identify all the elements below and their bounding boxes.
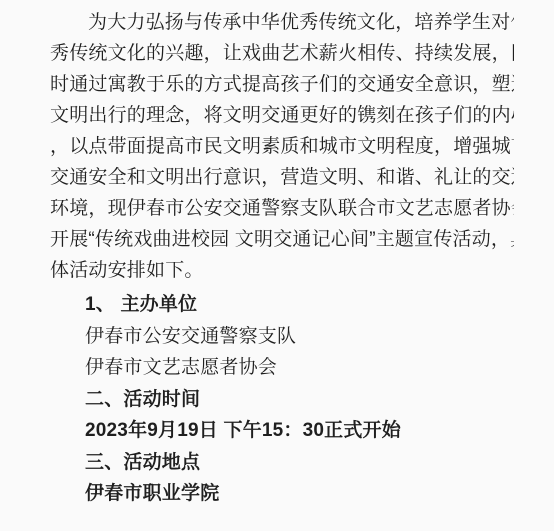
intro-paragraph-line: 交通安全和文明出行意识，营造文明、和谐、礼让的交通 [50, 162, 514, 193]
intro-paragraph: 为大力弘扬与传承中华优秀传统文化，培养学生对优 秀传统文化的兴趣，让戏曲艺术薪火… [50, 7, 514, 286]
intro-paragraph-line: 时通过寓教于乐的方式提高孩子们的交通安全意识，塑造 [50, 69, 514, 100]
host-unit-police: 伊春市公安交通警察支队 [85, 321, 514, 353]
intro-paragraph-line: 开展“传统戏曲进校园 文明交通记心间”主题宣传活动，具 [50, 224, 514, 255]
intro-paragraph-line: ，以点带面提高市民文明素质和城市文明程度，增强城市 [50, 131, 514, 162]
activity-time-value: 2023年9月19日 下午15：30正式开始 [85, 415, 514, 447]
section-heading-activity-location: 三、活动地点 [85, 447, 514, 479]
intro-paragraph-line: 体活动安排如下。 [50, 255, 514, 286]
intro-paragraph-line: 文明出行的理念，将文明交通更好的镌刻在孩子们的内心 [50, 100, 514, 131]
activity-details-list: 1、 主办单位 伊春市公安交通警察支队 伊春市文艺志愿者协会 二、活动时间 20… [85, 289, 514, 510]
intro-paragraph-line: 环境，现伊春市公安交通警察支队联合市文艺志愿者协会 [50, 193, 514, 224]
section-heading-activity-time: 二、活动时间 [85, 384, 514, 416]
activity-location-value: 伊春市职业学院 [85, 478, 514, 510]
intro-paragraph-line: 秀传统文化的兴趣，让戏曲艺术薪火相传、持续发展，同 [50, 38, 514, 69]
section-heading-host-units: 1、 主办单位 [85, 289, 514, 321]
intro-paragraph-line: 为大力弘扬与传承中华优秀传统文化，培养学生对优 [50, 7, 514, 38]
host-unit-volunteer-association: 伊春市文艺志愿者协会 [85, 352, 514, 384]
document-page: 为大力弘扬与传承中华优秀传统文化，培养学生对优 秀传统文化的兴趣，让戏曲艺术薪火… [0, 0, 554, 531]
